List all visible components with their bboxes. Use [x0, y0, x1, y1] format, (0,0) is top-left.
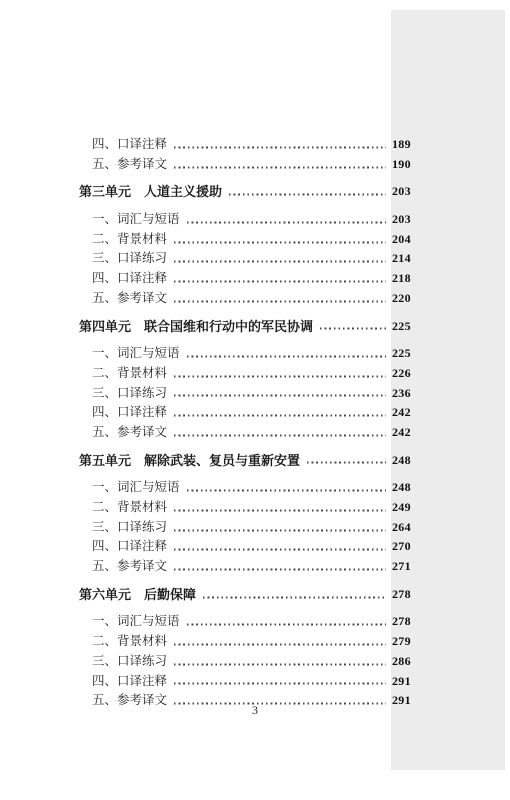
toc-entry-label: 第六单元 后勤保障 — [79, 585, 196, 605]
toc-entry-page-number: 220 — [392, 289, 413, 309]
toc-entry-label: 三、口译练习 — [92, 249, 167, 269]
toc-entry-page-number: 286 — [392, 652, 413, 672]
toc-section-entry: 第四单元 联合国维和行动中的军民协调225 — [0, 317, 510, 337]
toc-entry-page-number: 203 — [392, 182, 413, 202]
toc-entry-label: 五、参考译文 — [92, 289, 167, 309]
toc-sub-entry: 一、词汇与短语278 — [0, 612, 510, 632]
toc-sub-entry: 三、口译练习286 — [0, 652, 510, 672]
toc-sub-entry: 一、词汇与短语225 — [0, 344, 510, 364]
toc-sub-entry: 三、口译练习214 — [0, 249, 510, 269]
toc-entry-page-number: 264 — [392, 518, 413, 538]
toc-entry-label: 二、背景材料 — [92, 230, 167, 250]
toc-sub-entry: 五、参考译文190 — [0, 155, 510, 175]
toc-entry-page-number: 248 — [392, 451, 413, 471]
page-number-footer: 3 — [0, 703, 510, 718]
toc-sub-entry: 二、背景材料279 — [0, 632, 510, 652]
dot-leader — [174, 300, 386, 302]
toc-section-entry: 第三单元 人道主义援助203 — [0, 182, 510, 202]
toc-entry-label: 四、口译注释 — [92, 537, 167, 557]
toc-sub-entry: 二、背景材料249 — [0, 498, 510, 518]
dot-leader — [174, 549, 386, 551]
toc-entry-label: 五、参考译文 — [92, 155, 167, 175]
toc-entry-label: 一、词汇与短语 — [92, 344, 180, 364]
toc-entry-page-number: 189 — [392, 135, 413, 155]
toc-entry-label: 第五单元 解除武装、复员与重新安置 — [79, 451, 300, 471]
toc-entry-label: 三、口译练习 — [92, 384, 167, 404]
toc-entry-page-number: 278 — [392, 612, 413, 632]
toc-entry-page-number: 190 — [392, 155, 413, 175]
dot-leader — [187, 490, 386, 492]
toc-entry-label: 第三单元 人道主义援助 — [79, 182, 222, 202]
toc-entry-label: 一、词汇与短语 — [92, 478, 180, 498]
dot-leader — [203, 596, 386, 598]
dot-leader — [174, 529, 386, 531]
toc-entry-page-number: 271 — [392, 557, 413, 577]
toc-sub-entry: 四、口译注释189 — [0, 135, 510, 155]
dot-leader — [229, 194, 386, 196]
book-page: 四、口译注释189五、参考译文190第三单元 人道主义援助203一、词汇与短语2… — [0, 0, 510, 800]
dot-leader — [174, 280, 386, 282]
dot-leader — [187, 624, 386, 626]
dot-leader — [320, 328, 386, 330]
toc-entry-label: 二、背景材料 — [92, 632, 167, 652]
dot-leader — [174, 146, 386, 148]
toc-entry-label: 五、参考译文 — [92, 557, 167, 577]
dot-leader — [174, 683, 386, 685]
toc-sub-entry: 四、口译注释242 — [0, 403, 510, 423]
toc-sub-entry: 一、词汇与短语248 — [0, 478, 510, 498]
toc-entry-page-number: 249 — [392, 498, 413, 518]
dot-leader — [174, 166, 386, 168]
toc-entry-label: 五、参考译文 — [92, 423, 167, 443]
toc-entry-page-number: 236 — [392, 384, 413, 404]
toc-entry-label: 四、口译注释 — [92, 403, 167, 423]
toc-sub-entry: 五、参考译文271 — [0, 557, 510, 577]
toc-sub-entry: 一、词汇与短语203 — [0, 210, 510, 230]
toc-entry-page-number: 204 — [392, 230, 413, 250]
toc-entry-label: 第四单元 联合国维和行动中的军民协调 — [79, 317, 313, 337]
toc-entry-page-number: 225 — [392, 344, 413, 364]
toc-entry-label: 四、口译注释 — [92, 135, 167, 155]
toc-entry-page-number: 270 — [392, 537, 413, 557]
dot-leader — [174, 568, 386, 570]
toc-entry-label: 一、词汇与短语 — [92, 210, 180, 230]
toc-entry-label: 二、背景材料 — [92, 498, 167, 518]
toc-entry-label: 三、口译练习 — [92, 652, 167, 672]
toc-entry-page-number: 291 — [392, 672, 413, 692]
dot-leader — [307, 462, 386, 464]
toc-sub-entry: 四、口译注释291 — [0, 672, 510, 692]
dot-leader — [174, 375, 386, 377]
toc-sub-entry: 二、背景材料226 — [0, 364, 510, 384]
dot-leader — [174, 434, 386, 436]
toc-section-entry: 第五单元 解除武装、复员与重新安置248 — [0, 451, 510, 471]
toc-entry-page-number: 242 — [392, 423, 413, 443]
toc-entry-page-number: 225 — [392, 317, 413, 337]
toc-sub-entry: 五、参考译文220 — [0, 289, 510, 309]
toc-entry-page-number: 278 — [392, 585, 413, 605]
toc-entry-label: 一、词汇与短语 — [92, 612, 180, 632]
toc-entry-label: 四、口译注释 — [92, 269, 167, 289]
dot-leader — [187, 356, 386, 358]
dot-leader — [174, 395, 386, 397]
toc-entry-page-number: 203 — [392, 210, 413, 230]
toc-entry-label: 二、背景材料 — [92, 364, 167, 384]
dot-leader — [174, 415, 386, 417]
toc-section-entry: 第六单元 后勤保障278 — [0, 585, 510, 605]
toc-entry-page-number: 226 — [392, 364, 413, 384]
toc-entry-page-number: 214 — [392, 249, 413, 269]
dot-leader — [174, 261, 386, 263]
dot-leader — [174, 643, 386, 645]
table-of-contents: 四、口译注释189五、参考译文190第三单元 人道主义援助203一、词汇与短语2… — [0, 135, 510, 711]
toc-entry-page-number: 248 — [392, 478, 413, 498]
toc-sub-entry: 三、口译练习236 — [0, 384, 510, 404]
toc-sub-entry: 四、口译注释218 — [0, 269, 510, 289]
dot-leader — [174, 241, 386, 243]
toc-entry-page-number: 242 — [392, 403, 413, 423]
toc-sub-entry: 四、口译注释270 — [0, 537, 510, 557]
toc-entry-label: 三、口译练习 — [92, 518, 167, 538]
toc-sub-entry: 二、背景材料204 — [0, 230, 510, 250]
toc-sub-entry: 三、口译练习264 — [0, 518, 510, 538]
dot-leader — [174, 663, 386, 665]
toc-sub-entry: 五、参考译文242 — [0, 423, 510, 443]
toc-entry-label: 四、口译注释 — [92, 672, 167, 692]
toc-entry-page-number: 218 — [392, 269, 413, 289]
dot-leader — [174, 509, 386, 511]
toc-entry-page-number: 279 — [392, 632, 413, 652]
dot-leader — [187, 221, 386, 223]
